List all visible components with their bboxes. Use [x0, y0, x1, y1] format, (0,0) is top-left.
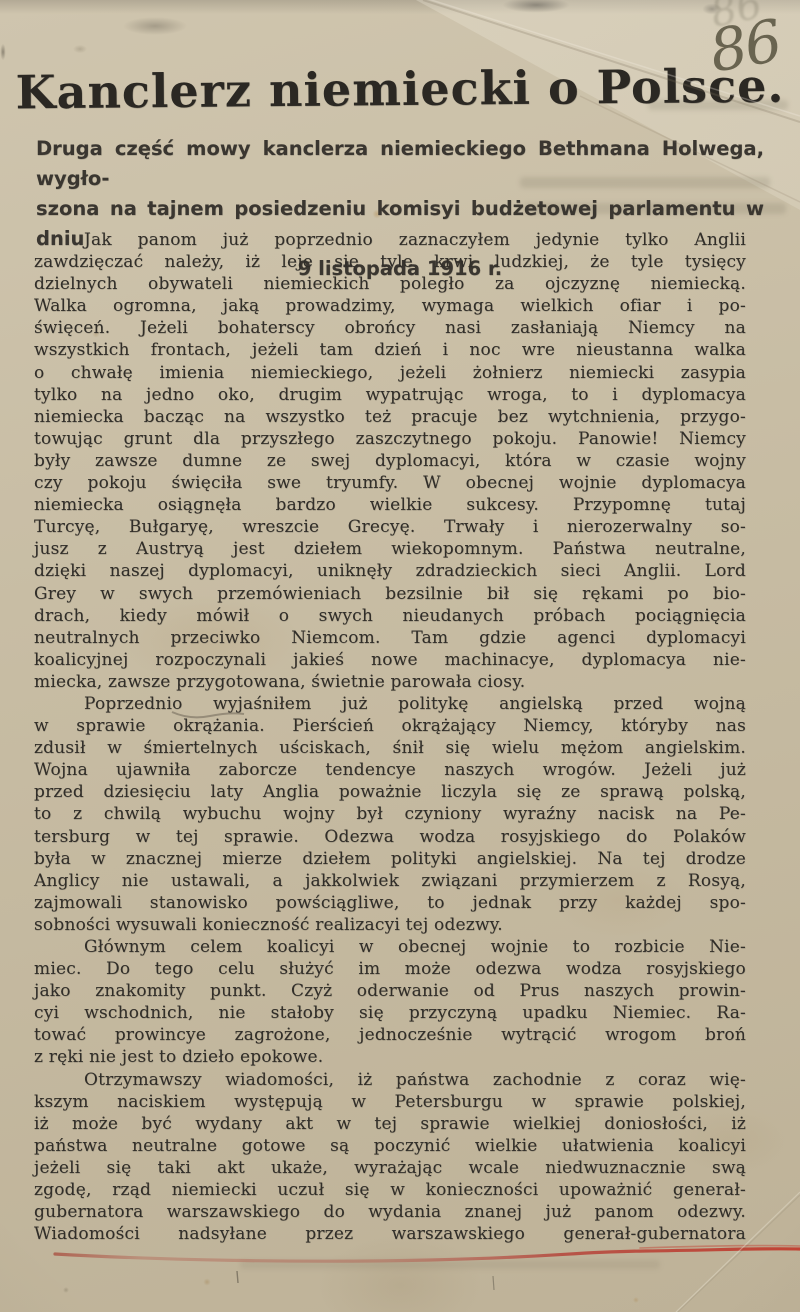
- text-line: towując grunt dla przyszłego zaszczytneg…: [34, 428, 746, 450]
- text-line: koalicyjnej rozpoczynali jakieś nowe mac…: [34, 649, 746, 671]
- text-line: była w znacznej mierze dziełem polityki …: [34, 848, 746, 870]
- text-line: Grey w swych przemówieniach bezsilnie bi…: [34, 583, 746, 605]
- text-line: jako znakomity punkt. Czyż oderwanie od …: [34, 980, 746, 1002]
- text-line: Walka ogromna, jaką prowadzimy, wymaga w…: [34, 295, 746, 317]
- text-line: Jak panom już poprzednio zaznaczyłem jed…: [34, 229, 746, 251]
- text-line: Wojna ujawniła zaborcze tendencye naszyc…: [34, 759, 746, 781]
- text-line: czy pokoju święciła swe tryumfy. W obecn…: [34, 472, 746, 494]
- text-line: tylko na jedno oko, drugim wypatrując wr…: [34, 384, 746, 406]
- text-line: drach, kiedy mówił o swych nieudanych pr…: [34, 605, 746, 627]
- text-line: wszystkich frontach, jeżeli tam dzień i …: [34, 339, 746, 361]
- paragraph: Poprzednio wyjaśniłem już politykę angie…: [34, 693, 746, 936]
- text-line: Poprzednio wyjaśniłem już politykę angie…: [34, 693, 746, 715]
- text-line: tersburg w tej sprawie. Odezwa wodza ros…: [34, 826, 746, 848]
- text-line: święceń. Jeżeli bohaterscy obrońcy nasi …: [34, 317, 746, 339]
- text-line: miec. Do tego celu służyć im może odezwa…: [34, 958, 746, 980]
- text-line: dzielnych obywateli niemieckich poległo …: [34, 273, 746, 295]
- text-line: kszym naciskiem występują w Petersburgu …: [34, 1091, 746, 1113]
- pencil-tick: [237, 1271, 238, 1283]
- pencil-tick-2: [493, 1276, 494, 1290]
- text-line: Otrzymawszy wiadomości, iż państwa zacho…: [34, 1069, 746, 1091]
- text-line: przed dziesięciu laty Anglia poważnie li…: [34, 781, 746, 803]
- text-line: Głównym celem koalicyi w obecnej wojnie …: [34, 936, 746, 958]
- text-line: zajmowali stanowisko powściągliwe, to je…: [34, 892, 746, 914]
- text-line: były zawsze dumne ze swej dyplomacyi, kt…: [34, 450, 746, 472]
- text-line: niemiecka osiągnęła bardzo wielkie sukce…: [34, 494, 746, 516]
- subtitle-line: Druga część mowy kanclerza niemieckiego …: [36, 134, 764, 194]
- text-line: gubernatora warszawskiego do wydania zna…: [34, 1201, 746, 1223]
- text-line: Turcyę, Bułgaryę, wreszcie Grecyę. Trwał…: [34, 516, 746, 538]
- text-line: cyi wschodnich, nie stałoby się przyczyn…: [34, 1002, 746, 1024]
- text-line: zawdzięczać należy, iż leje się tyle krw…: [34, 251, 746, 273]
- scanned-document-page: 86 86 Kanclerz niemiecki o Polsce. Druga…: [0, 0, 800, 1312]
- handwritten-page-number: 86: [705, 6, 786, 85]
- text-line: z ręki nie jest to dzieło epokowe.: [34, 1046, 746, 1068]
- text-line: zgodę, rząd niemiecki uczuł się w koniec…: [34, 1179, 746, 1201]
- text-line: iż może być wydany akt w tej sprawie wie…: [34, 1113, 746, 1135]
- text-line: neutralnych przeciwko Niemcom. Tam gdzie…: [34, 627, 746, 649]
- text-line: jeżeli się taki akt ukaże, wyrażając wca…: [34, 1157, 746, 1179]
- paragraph: Głównym celem koalicyi w obecnej wojnie …: [34, 936, 746, 1069]
- text-line: niemiecka bacząc na wszystko też pracuje…: [34, 406, 746, 428]
- paragraph: Jak panom już poprzednio zaznaczyłem jed…: [34, 229, 746, 693]
- text-line: dzięki naszej dyplomacyi, uniknęły zdrad…: [34, 560, 746, 582]
- text-line: zdusił w śmiertelnych uściskach, śnił si…: [34, 737, 746, 759]
- text-line: w sprawie okrążania. Pierścień okrążając…: [34, 715, 746, 737]
- text-line: sobności wysuwali konieczność realizacyi…: [34, 914, 746, 936]
- red-pencil-line-echo: [640, 1246, 800, 1248]
- document-body: Jak panom już poprzednio zaznaczyłem jed…: [34, 229, 746, 1245]
- text-line: to z chwilą wybuchu wojny był czyniony w…: [34, 803, 746, 825]
- text-line: o chwałę imienia niemieckiego, jeżeli żo…: [34, 362, 746, 384]
- ink-bleedthrough: [240, 1260, 660, 1269]
- document-title: Kanclerz niemiecki o Polsce.: [0, 61, 800, 119]
- text-line: Anglicy nie ustawali, a jakkolwiek związ…: [34, 870, 746, 892]
- text-line: jusz z Austryą jest dziełem wiekopomnym.…: [34, 538, 746, 560]
- text-line: tować prowincye zagrożone, jednocześnie …: [34, 1024, 746, 1046]
- text-line: miecka, zawsze przygotowana, świetnie pa…: [34, 671, 746, 693]
- text-line: państwa neutralne gotowe są poczynić wie…: [34, 1135, 746, 1157]
- text-line: Wiadomości nadsyłane przez warszawskiego…: [34, 1223, 746, 1245]
- paragraph: Otrzymawszy wiadomości, iż państwa zacho…: [34, 1069, 746, 1246]
